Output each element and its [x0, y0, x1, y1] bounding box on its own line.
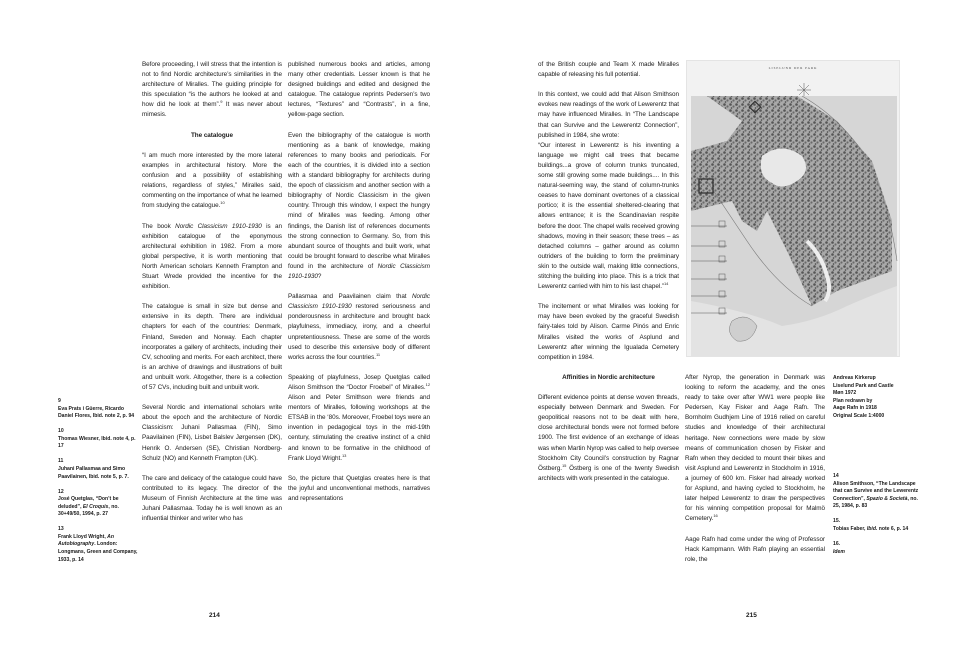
footnote-16: 16. Idem	[833, 541, 923, 556]
right-footnotes: 14 Alison Smithson, “The Landscape that …	[833, 473, 923, 564]
paragraph: The catalogue is small in size but dense…	[142, 302, 282, 393]
figure-caption: Andreas Kirkerup Liselund Park and Castl…	[833, 375, 928, 421]
footnote-15: 15. Tobias Faber, Ibid. note 6, p. 14	[833, 518, 923, 533]
paragraph: So, the picture that Quetglas creates he…	[288, 474, 430, 504]
paragraph: Before proceeding, I will stress that th…	[142, 60, 282, 121]
park-plan-drawing	[687, 61, 900, 357]
paragraph: In this context, we could add that Aliso…	[538, 90, 679, 292]
paragraph: The care and delicacy of the catalogue c…	[142, 474, 282, 524]
paragraph: Even the bibliography of the catalogue i…	[288, 131, 430, 282]
footnote-10: 10 Thomas Wiesner, Ibid. note 4, p. 17	[58, 428, 138, 451]
section-heading: Affinities in Nordic architecture	[538, 373, 679, 383]
paragraph: Pallasmaa and Paavilainen claim that Nor…	[288, 292, 430, 363]
footnote-11: 11 Juhani Pallasmaa and Simo Paavilainen…	[58, 458, 138, 481]
paragraph: After Nyrop, the generation in Denmark w…	[685, 373, 825, 524]
footnote-14: 14 Alison Smithson, “The Landscape that …	[833, 473, 923, 511]
left-column-2: published numerous books and articles, a…	[288, 60, 430, 504]
left-footnotes: 9 Eva Prats i Güerre, Ricardo Daniel Flo…	[58, 398, 138, 572]
paragraph: Aage Rafn had come under the wing of Pro…	[685, 535, 825, 565]
compass-rose-icon	[797, 83, 811, 97]
paragraph: published numerous books and articles, a…	[288, 60, 430, 121]
page-number-right: 215	[746, 612, 757, 619]
paragraph: Several Nordic and international scholar…	[142, 403, 282, 464]
page-number-left: 214	[209, 612, 220, 619]
left-column-1: Before proceeding, I will stress that th…	[142, 60, 282, 524]
paragraph: of the British couple and Team X made Mi…	[538, 60, 679, 80]
footnote-12: 12 José Quetglas, “Don’t be deluded”, El…	[58, 489, 138, 519]
paragraph: The book Nordic Classicism 1910-1930 is …	[142, 222, 282, 293]
paragraph: Speaking of playfulness, Josep Quetglas …	[288, 373, 430, 464]
section-heading: The catalogue	[142, 131, 282, 141]
book-spread: 9 Eva Prats i Güerre, Ricardo Daniel Flo…	[0, 0, 960, 656]
footnote-9: 9 Eva Prats i Güerre, Ricardo Daniel Flo…	[58, 398, 138, 421]
liselund-park-plan-image: LISELUND DER PARK	[686, 60, 900, 357]
right-column-1: of the British couple and Team X made Mi…	[538, 60, 679, 484]
paragraph: “I am much more interested by the more l…	[142, 151, 282, 212]
paragraph: Different evidence points at dense woven…	[538, 393, 679, 484]
right-column-2: After Nyrop, the generation in Denmark w…	[685, 373, 825, 565]
footnote-13: 13 Frank Lloyd Wright, An Autobiography.…	[58, 526, 138, 564]
paragraph: The incitement or what Miralles was look…	[538, 302, 679, 363]
